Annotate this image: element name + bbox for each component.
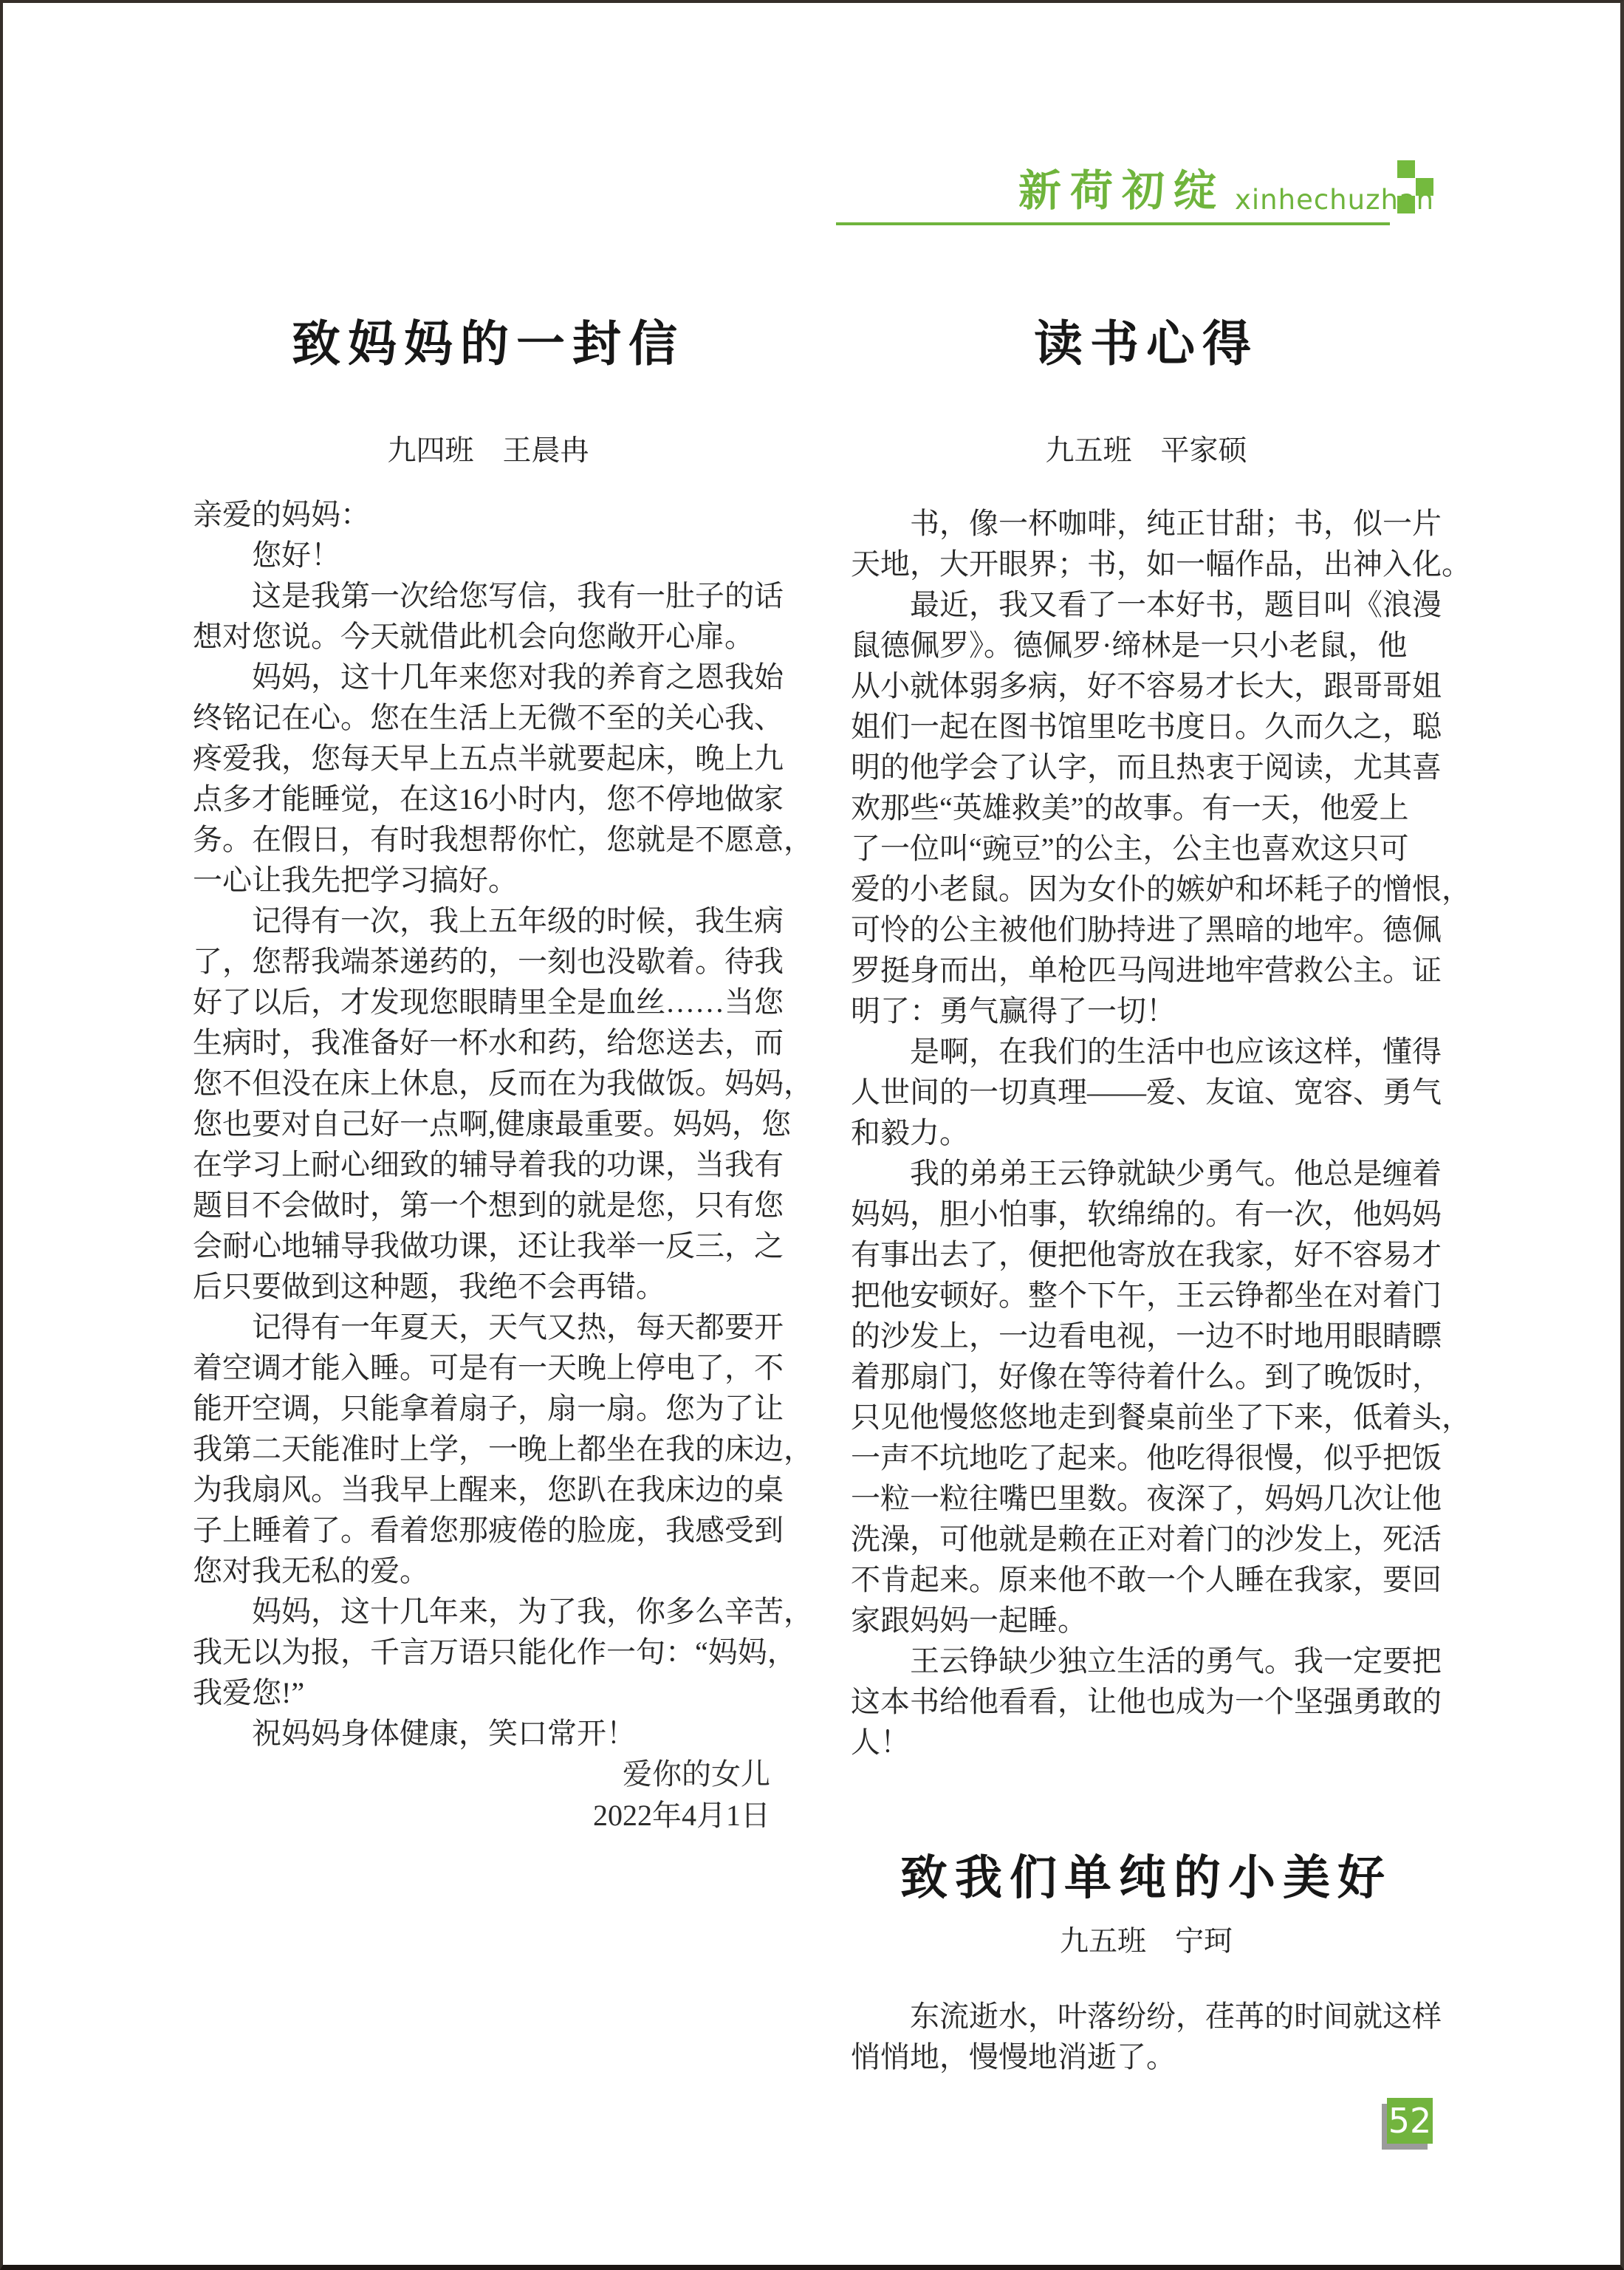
text-line: 会耐心地辅导我做功课，还让我举一反三，之 — [193, 1225, 791, 1266]
text-line: 您对我无私的爱。 — [193, 1551, 791, 1591]
text-line: 天地，大开眼界；书，如一幅作品，出神入化。 — [851, 544, 1449, 584]
masthead-underline — [836, 222, 1390, 225]
article-1-body: 亲爱的妈妈： 您好！ 这是我第一次给您写信，我有一肚子的话想对您说。今天就借此机… — [193, 494, 791, 1754]
article-2-body: 书，像一杯咖啡，纯正甘甜；书，似一片天地，大开眼界；书，如一幅作品，出神入化。 … — [851, 503, 1449, 1763]
article-1-title: 致妈妈的一封信 — [193, 316, 784, 374]
page-number-badge: 52 — [1387, 2098, 1433, 2144]
text-line: 您不但没在床上休息，反而在为我做饭。妈妈， — [193, 1063, 791, 1104]
text-line: 明的他学会了认字，而且热衷于阅读，尤其喜 — [851, 747, 1449, 787]
article-3-body: 东流逝水，叶落纷纷，荏苒的时间就这样悄悄地，慢慢地消逝了。 — [851, 1996, 1449, 2077]
text-line: 我爱您!” — [193, 1672, 791, 1713]
text-line: 人！ — [851, 1722, 1449, 1763]
article-1-byline: 九四班 王晨冉 — [193, 434, 784, 468]
article-3-byline: 九五班 宁珂 — [851, 1925, 1442, 1959]
text-line: 了一位叫“豌豆”的公主，公主也喜欢这只可 — [851, 828, 1449, 869]
text-line: 务。在假日，有时我想帮你忙，您就是不愿意， — [193, 819, 791, 860]
text-line: 好了以后，才发现您眼睛里全是血丝……当您 — [193, 982, 791, 1022]
text-line: 和毅力。 — [851, 1112, 1449, 1153]
text-line: 有事出去了，便把他寄放在我家，好不容易才 — [851, 1234, 1449, 1275]
logo-square-icon — [1416, 178, 1433, 196]
text-line: 着那扇门，好像在等待着什么。到了晚饭时， — [851, 1356, 1449, 1397]
text-line: 终铭记在心。您在生活上无微不至的关心我、 — [193, 697, 791, 738]
text-line: 能开空调，只能拿着扇子，扇一扇。您为了让 — [193, 1388, 791, 1429]
text-line: 了，您帮我端茶递药的，一刻也没歇着。待我 — [193, 941, 791, 982]
text-line: 妈妈，胆小怕事，软绵绵的。有一次，他妈妈 — [851, 1194, 1449, 1234]
text-line: 这本书给他看看，让他也成为一个坚强勇敢的 — [851, 1681, 1449, 1722]
signature-line: 爱你的女儿 — [193, 1754, 770, 1795]
text-line: 不肯起来。原来他不敢一个人睡在我家，要回 — [851, 1559, 1449, 1600]
text-line: 是啊，在我们的生活中也应该这样，懂得 — [851, 1031, 1449, 1072]
text-line: 可怜的公主被他们胁持进了黑暗的地牢。德佩 — [851, 909, 1449, 950]
article-1-signature: 爱你的女儿 2022年4月1日 — [193, 1754, 784, 1836]
text-line: 从小就体弱多病，好不容易才长大，跟哥哥姐 — [851, 666, 1449, 706]
text-line: 这是我第一次给您写信，我有一肚子的话 — [193, 575, 791, 616]
text-line: 的沙发上，一边看电视，一边不时地用眼睛瞟 — [851, 1316, 1449, 1356]
text-line: 妈妈，这十几年来您对我的养育之恩我始 — [193, 657, 791, 697]
text-line: 点多才能睡觉，在这16小时内，您不停地做家 — [193, 779, 791, 819]
text-line: 着空调才能入睡。可是有一天晚上停电了，不 — [193, 1347, 791, 1388]
text-line: 生病时，我准备好一杯水和药，给您送去，而 — [193, 1022, 791, 1063]
text-line: 洗澡，可他就是赖在正对着门的沙发上，死活 — [851, 1519, 1449, 1559]
text-line: 题目不会做时，第一个想到的就是您，只有您 — [193, 1185, 791, 1225]
text-line: 您好！ — [193, 535, 791, 575]
text-line: 把他安顿好。整个下午，王云铮都坐在对着门 — [851, 1275, 1449, 1316]
text-line: 鼠德佩罗》。德佩罗·缔林是一只小老鼠，他 — [851, 625, 1449, 666]
text-line: 一声不坑地吃了起来。他吃得很慢，似乎把饭 — [851, 1437, 1449, 1478]
signature-date: 2022年4月1日 — [193, 1795, 770, 1836]
text-line: 我的弟弟王云铮就缺少勇气。他总是缠着 — [851, 1153, 1449, 1194]
logo-square-icon — [1397, 196, 1415, 213]
masthead-logo-squares-icon — [1397, 160, 1436, 213]
text-line: 爱的小老鼠。因为女仆的嫉妒和坏耗子的憎恨， — [851, 869, 1449, 909]
text-line: 妈妈，这十几年来，为了我，你多么辛苦， — [193, 1591, 791, 1632]
text-line: 家跟妈妈一起睡。 — [851, 1600, 1449, 1641]
text-line: 记得有一次，我上五年级的时候，我生病 — [193, 900, 791, 941]
text-line: 一粒一粒往嘴巴里数。夜深了，妈妈几次让他 — [851, 1478, 1449, 1519]
text-line: 只见他慢悠悠地走到餐桌前坐了下来，低着头， — [851, 1397, 1449, 1437]
text-line: 后只要做到这种题，我绝不会再错。 — [193, 1266, 791, 1307]
text-line: 祝妈妈身体健康，笑口常开！ — [193, 1713, 791, 1754]
text-line: 亲爱的妈妈： — [193, 494, 791, 535]
text-line: 罗挺身而出，单枪匹马闯进地牢营救公主。证 — [851, 950, 1449, 991]
text-line: 在学习上耐心细致的辅导着我的功课，当我有 — [193, 1144, 791, 1185]
article-2-byline: 九五班 平家硕 — [851, 434, 1442, 468]
magazine-page: 新荷初绽 xinhechuzhan 致妈妈的一封信 九四班 王晨冉 亲爱的妈妈：… — [0, 0, 1624, 2270]
text-line: 东流逝水，叶落纷纷，荏苒的时间就这样 — [851, 1996, 1449, 2037]
text-line: 最近，我又看了一本好书，题目叫《浪漫 — [851, 584, 1449, 625]
text-line: 欢那些“英雄救美”的故事。有一天，他爱上 — [851, 787, 1449, 828]
text-line: 为我扇风。当我早上醒来，您趴在我床边的桌 — [193, 1469, 791, 1510]
text-line: 我无以为报，千言万语只能化作一句：“妈妈， — [193, 1632, 791, 1672]
article-3-title: 致我们单纯的小美好 — [851, 1850, 1442, 1907]
article-2-title: 读书心得 — [851, 316, 1442, 374]
text-line: 我第二天能准时上学，一晚上都坐在我的床边， — [193, 1429, 791, 1469]
text-line: 记得有一年夏天，天气又热，每天都要开 — [193, 1307, 791, 1347]
text-line: 想对您说。今天就借此机会向您敞开心扉。 — [193, 616, 791, 657]
masthead-title: 新荷初绽 — [1018, 167, 1225, 214]
text-line: 姐们一起在图书馆里吃书度日。久而久之，聪 — [851, 706, 1449, 747]
text-line: 人世间的一切真理——爱、友谊、宽容、勇气 — [851, 1072, 1449, 1112]
text-line: 疼爱我，您每天早上五点半就要起床，晚上九 — [193, 738, 791, 779]
logo-square-icon — [1397, 160, 1415, 178]
text-line: 您也要对自己好一点啊,健康最重要。妈妈，您 — [193, 1104, 791, 1144]
text-line: 一心让我先把学习搞好。 — [193, 860, 791, 900]
text-line: 明了：勇气赢得了一切！ — [851, 991, 1449, 1031]
text-line: 王云铮缺少独立生活的勇气。我一定要把 — [851, 1641, 1449, 1681]
text-line: 书，像一杯咖啡，纯正甘甜；书，似一片 — [851, 503, 1449, 544]
text-line: 子上睡着了。看着您那疲倦的脸庞，我感受到 — [193, 1510, 791, 1551]
text-line: 悄悄地，慢慢地消逝了。 — [851, 2037, 1449, 2077]
